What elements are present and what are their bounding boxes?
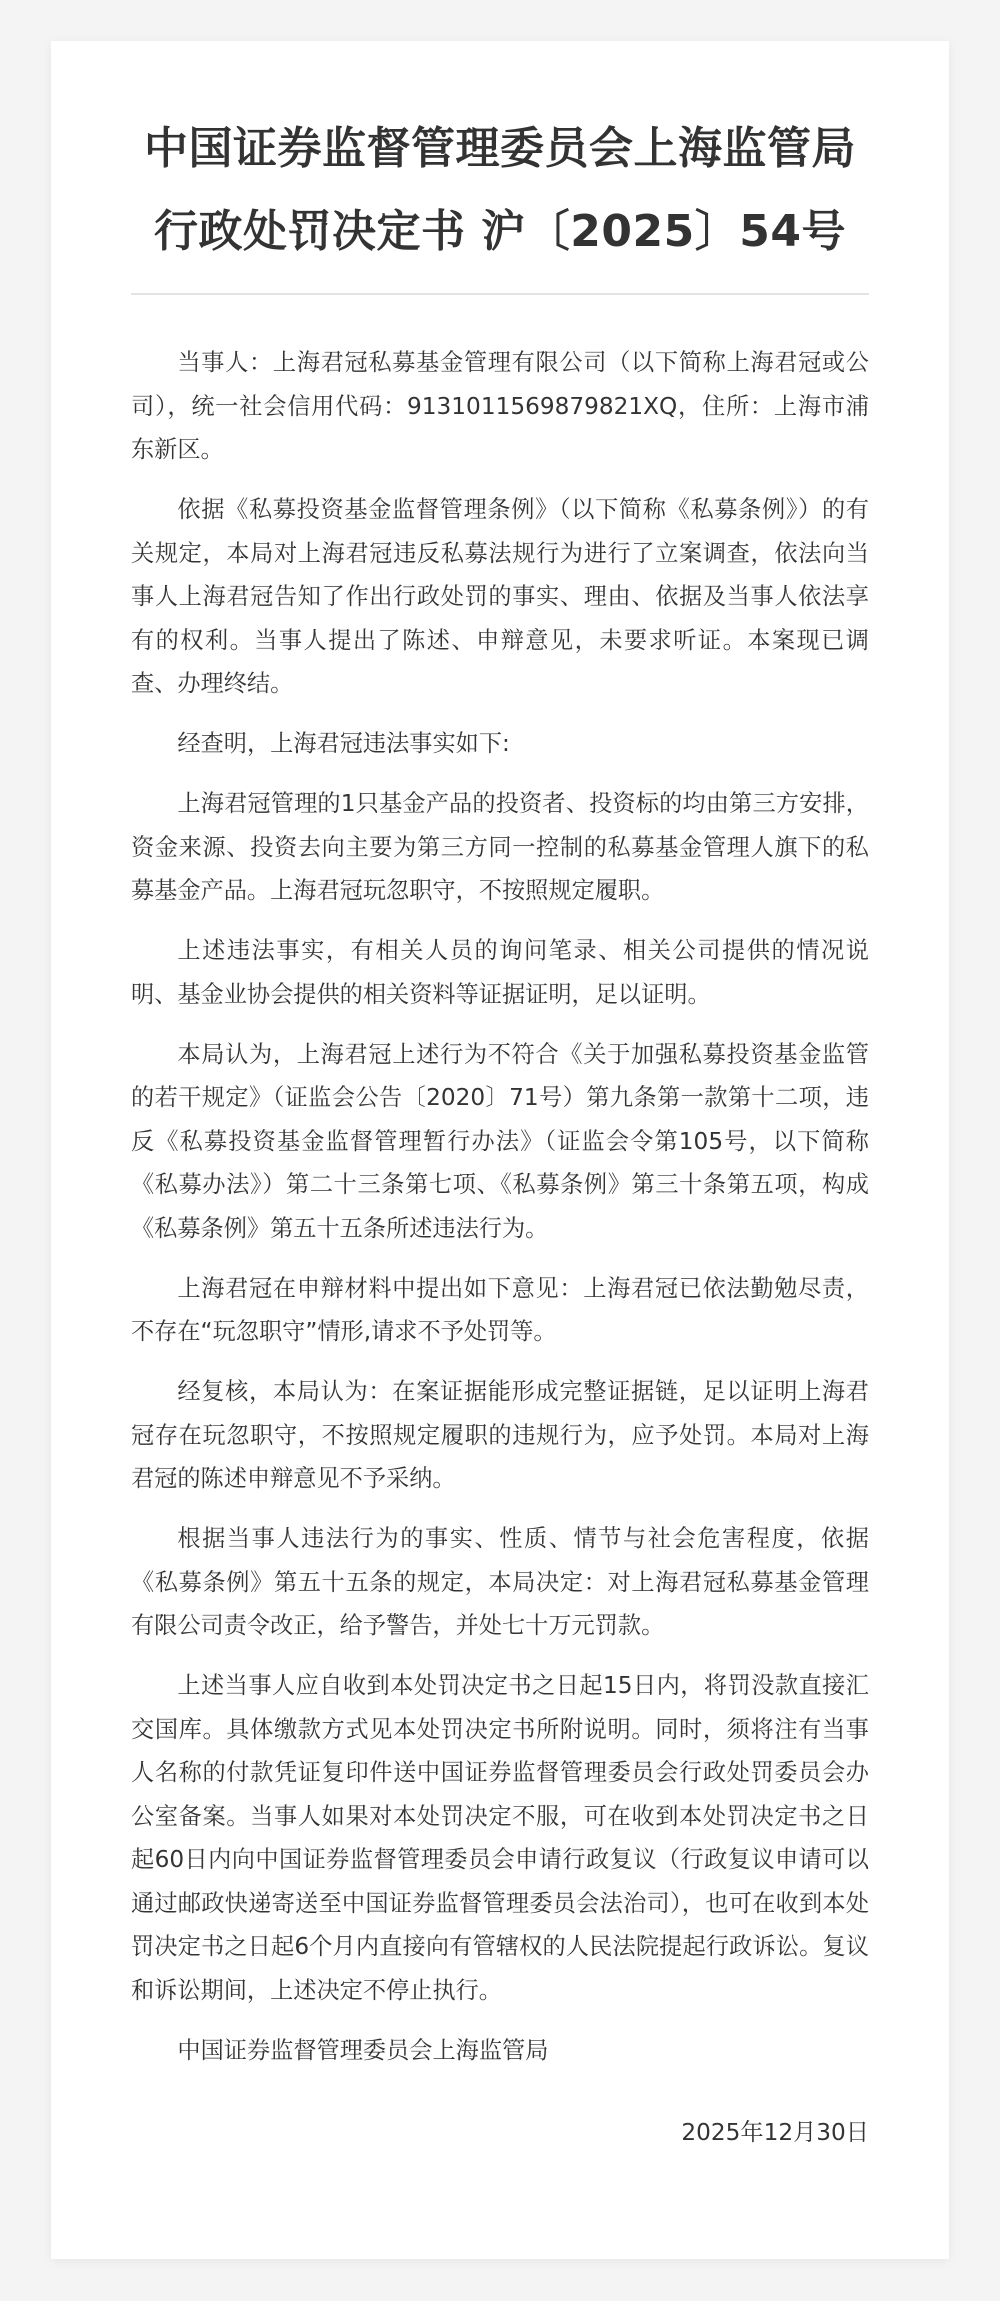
document-title: 中国证券监督管理委员会上海监管局 行政处罚决定书 沪〔2025〕54号 [131,41,869,273]
paragraph-defense: 上海君冠在申辩材料中提出如下意见：上海君冠已依法勤勉尽责，不存在“玩忽职守”情形… [131,1267,869,1354]
issuer-signature: 中国证券监督管理委员会上海监管局 [131,2029,869,2073]
title-line-2: 行政处罚决定书 沪〔2025〕54号 [131,190,869,273]
paragraph-decision: 根据当事人违法行为的事实、性质、情节与社会危害程度，依据《私募条例》第五十五条的… [131,1517,869,1648]
paragraph-findings: 上海君冠管理的1只基金产品的投资者、投资标的均由第三方安排，资金来源、投资去向主… [131,782,869,913]
paragraph-party: 当事人：上海君冠私募基金管理有限公司（以下简称上海君冠或公司），统一社会信用代码… [131,341,869,472]
paragraph-basis: 依据《私募投资基金监督管理条例》（以下简称《私募条例》）的有关规定，本局对上海君… [131,488,869,706]
issue-date: 2025年12月30日 [131,2111,869,2155]
title-line-1: 中国证券监督管理委员会上海监管局 [131,107,869,190]
paragraph-evidence: 上述违法事实，有相关人员的询问笔录、相关公司提供的情况说明、基金业协会提供的相关… [131,929,869,1016]
title-divider [131,293,869,295]
document-body: 当事人：上海君冠私募基金管理有限公司（以下简称上海君冠或公司），统一社会信用代码… [131,341,869,2155]
paragraph-legal-analysis: 本局认为，上海君冠上述行为不符合《关于加强私募投资基金监管的若干规定》（证监会公… [131,1033,869,1251]
paragraph-review: 经复核，本局认为：在案证据能形成完整证据链，足以证明上海君冠存在玩忽职守，不按照… [131,1370,869,1501]
document-card: 中国证券监督管理委员会上海监管局 行政处罚决定书 沪〔2025〕54号 当事人：… [51,41,949,2259]
paragraph-findings-intro: 经查明，上海君冠违法事实如下: [131,722,869,766]
paragraph-payment-appeal: 上述当事人应自收到本处罚决定书之日起15日内，将罚没款直接汇交国库。具体缴款方式… [131,1664,869,2012]
